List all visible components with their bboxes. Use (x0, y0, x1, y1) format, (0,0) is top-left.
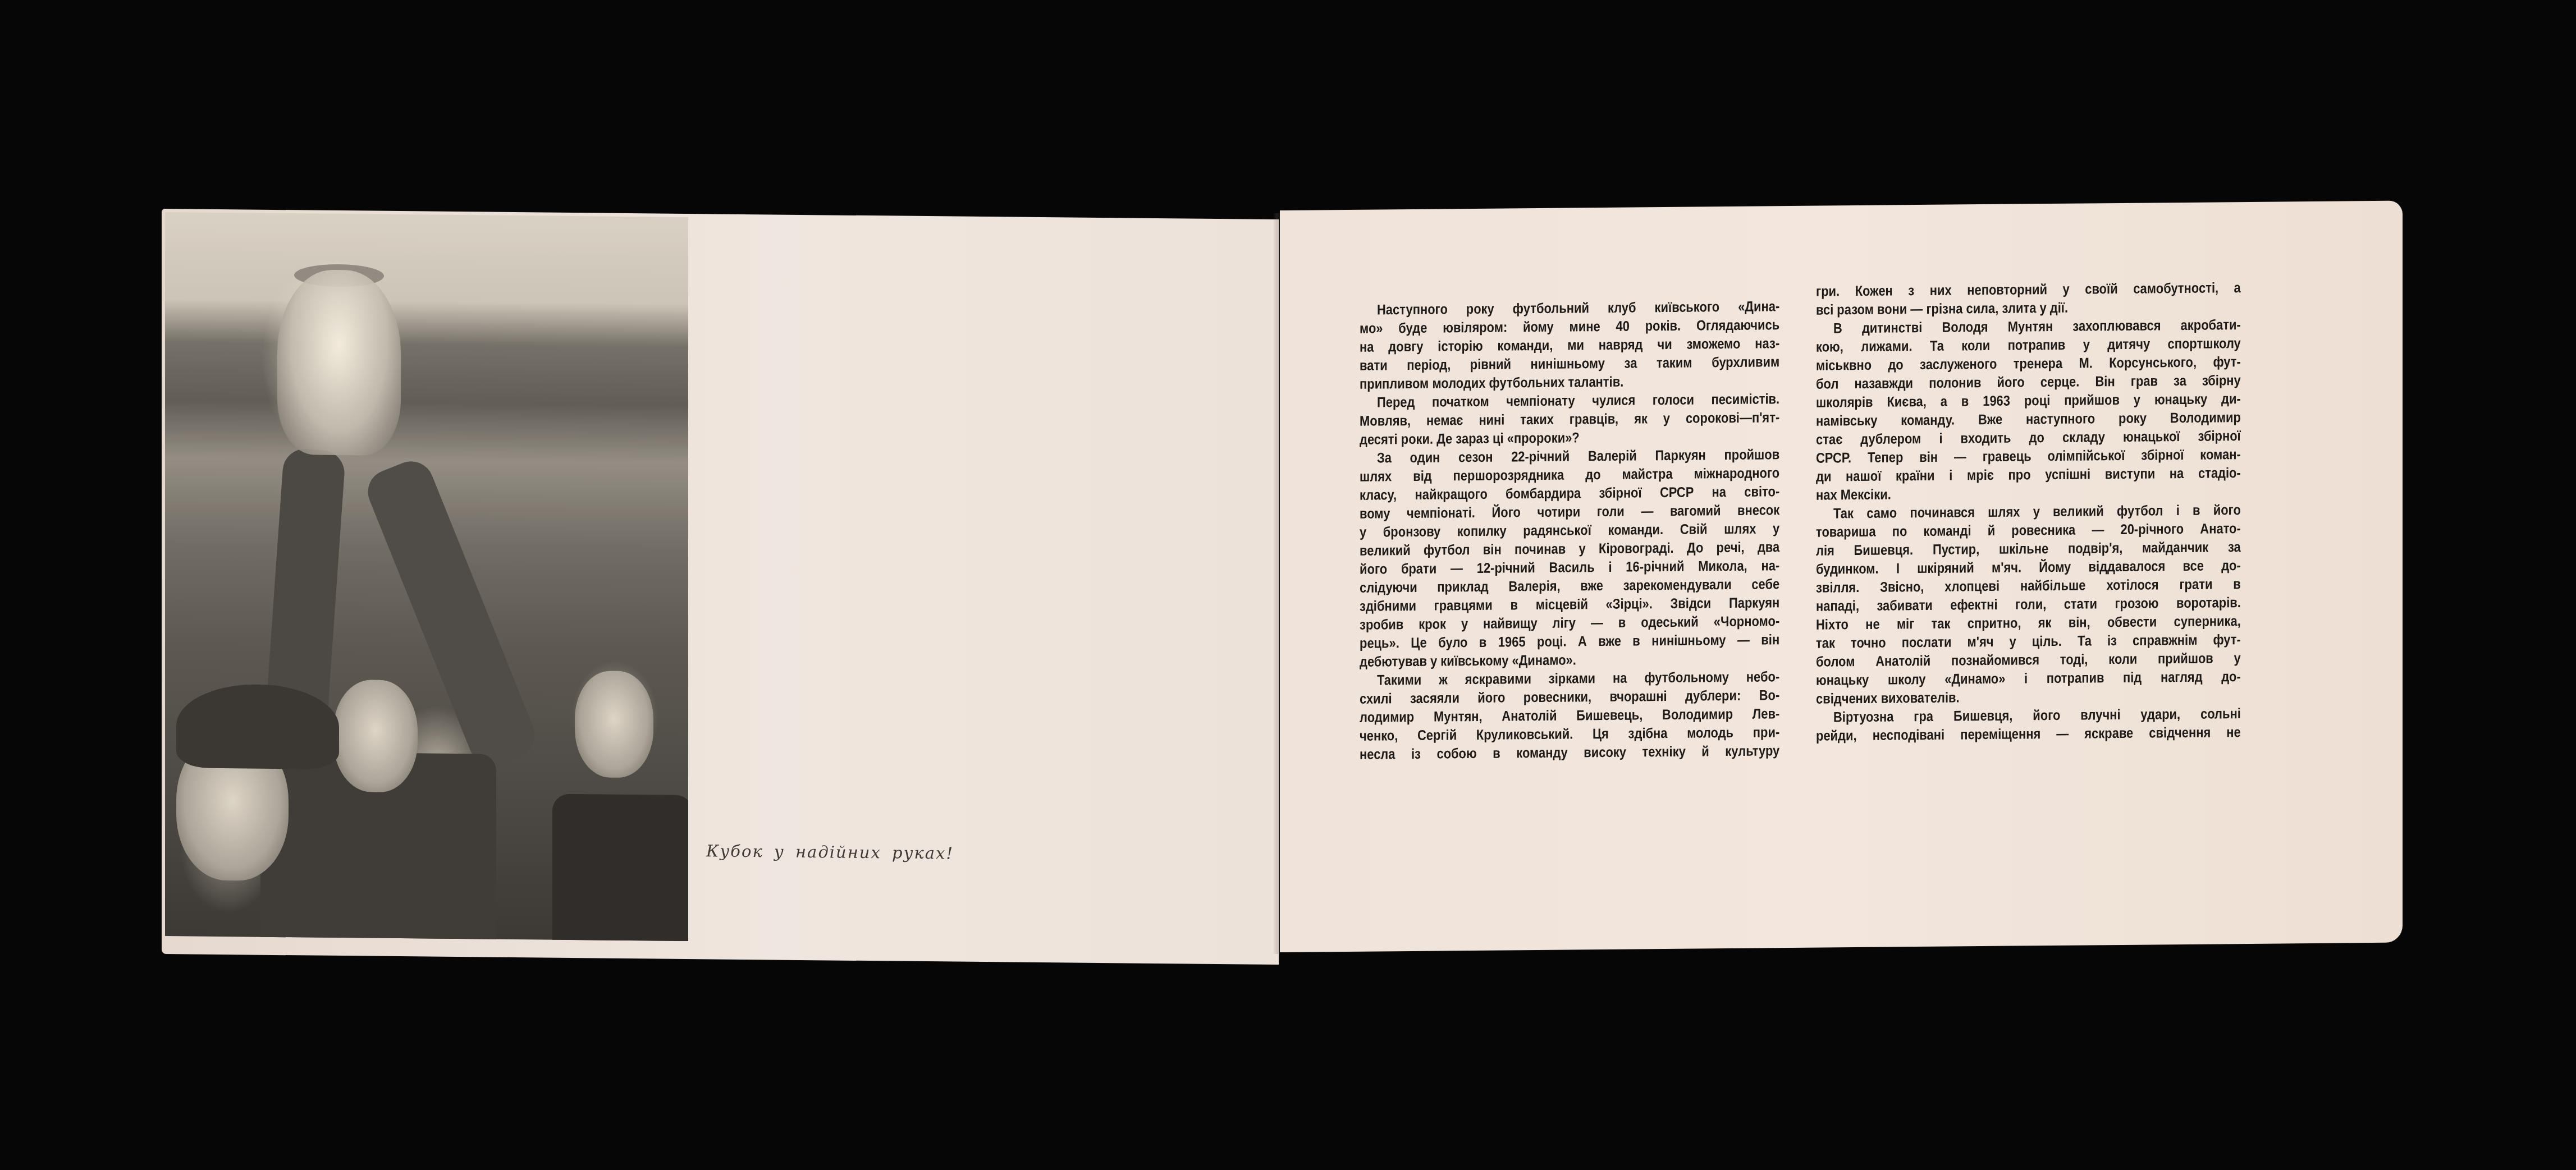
text-line: рейди, несподівані переміщення — яскраве… (1816, 723, 2241, 746)
photo-teammate-jersey (552, 794, 688, 941)
trophy-photo (165, 212, 688, 941)
text-line: вати період, рівний нинішньому за таким … (1360, 353, 1779, 375)
photo-trophy-cup (277, 269, 401, 456)
photo-man-hat (176, 683, 339, 769)
right-page: Наступного року футбольний клуб київсько… (1280, 201, 2403, 952)
text-column-left: Наступного року футбольний клуб київсько… (1360, 297, 1779, 764)
text-line: Мовляв, немає нині таких гравців, як у с… (1360, 409, 1779, 431)
text-line: несла із собою в команду високу техніку … (1360, 742, 1779, 764)
scan-background: Кубок у надійних руках! Наступного року … (0, 0, 2576, 1170)
text-line: юнацьку школу «Динамо» і потрапив під на… (1816, 668, 2241, 690)
photo-teammate-face (575, 671, 653, 778)
photo-caption: Кубок у надійних руках! (706, 841, 954, 862)
left-page: Кубок у надійних руках! (162, 209, 1279, 965)
text-line: ди нашої країни і мріє про успішні висту… (1816, 464, 2241, 487)
text-column-right: гри. Кожен з них неповторний у своїй сам… (1816, 279, 2241, 746)
text-line: гри. Кожен з них неповторний у своїй сам… (1816, 279, 2241, 301)
text-line: рець». Це було в 1965 році. А вже в нині… (1360, 631, 1779, 653)
photo-player-face (333, 680, 418, 792)
